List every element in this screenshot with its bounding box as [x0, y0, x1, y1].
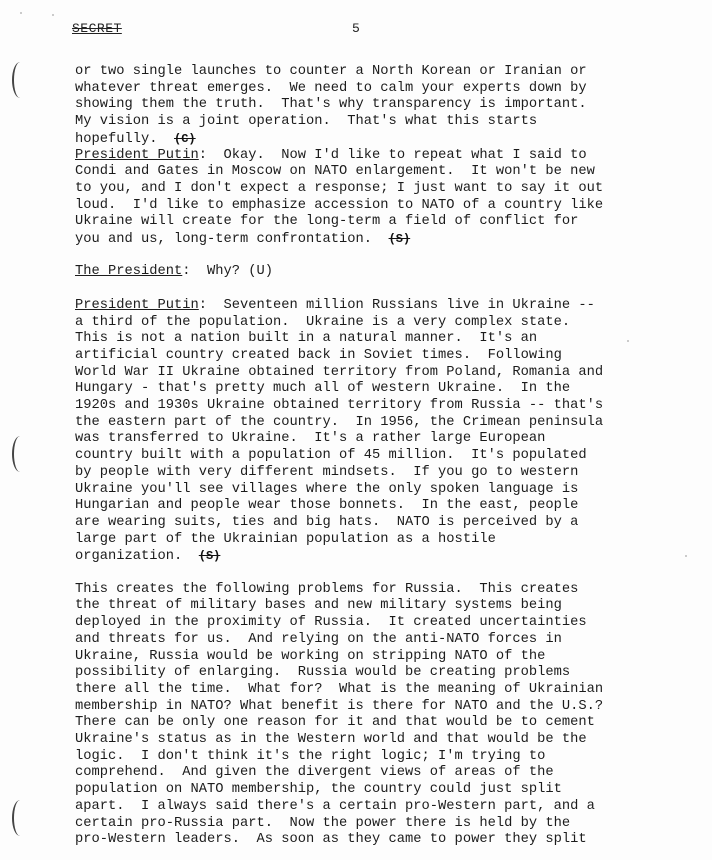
text-segment: : Why? (U) — [182, 264, 273, 279]
text-line: Ukraine, Russia would be working on stri… — [75, 649, 545, 665]
text-segment: membership in NATO? What benefit is ther… — [75, 699, 603, 714]
text-segment: My vision is a joint operation. That's w… — [75, 114, 537, 129]
text-segment: apart. I always said there's a certain p… — [75, 799, 595, 814]
text-segment: organization. — [75, 549, 199, 564]
classification-marking: (S) — [199, 548, 221, 564]
text-segment: a third of the population. Ukraine is a … — [75, 315, 570, 330]
text-line: country built with a population of 45 mi… — [75, 448, 587, 464]
text-segment: artificial country created back in Sovie… — [75, 348, 562, 363]
text-segment: the eastern part of the country. In 1956… — [75, 415, 603, 430]
text-segment: Ukraine's status as in the Western world… — [75, 732, 587, 747]
classification-marking: (C) — [174, 131, 196, 147]
text-segment: comprehend. And given the divergent view… — [75, 765, 554, 780]
text-segment: World War II Ukraine obtained territory … — [75, 365, 603, 380]
text-segment: by people with very different mindsets. … — [75, 465, 578, 480]
text-segment: population on NATO membership, the count… — [75, 782, 562, 797]
text-line: deployed in the proximity of Russia. It … — [75, 615, 587, 631]
text-segment: showing them the truth. That's why trans… — [75, 97, 587, 112]
document-page: SECRET 5 or two single launches to count… — [0, 0, 712, 860]
text-segment: Condi and Gates in Moscow on NATO enlarg… — [75, 164, 595, 179]
text-line: This is not a nation built in a natural … — [75, 331, 537, 347]
text-line: pro-Western leaders. As soon as they cam… — [75, 832, 587, 848]
text-line: 1920s and 1930s Ukraine obtained territo… — [75, 398, 603, 414]
text-line: President Putin: Seventeen million Russi… — [75, 298, 595, 314]
text-segment: or two single launches to counter a Nort… — [75, 64, 587, 79]
text-segment: : Seventeen million Russians live in Ukr… — [199, 298, 595, 313]
speaker-label: President Putin — [75, 148, 199, 163]
classification-marking: (S) — [389, 231, 411, 247]
text-segment: whatever threat emerges. We need to calm… — [75, 81, 587, 96]
text-segment: are wearing suits, ties and big hats. NA… — [75, 515, 578, 530]
text-segment: there all the time. What for? What is th… — [75, 682, 603, 697]
text-segment: Ukraine, Russia would be working on stri… — [75, 649, 545, 664]
text-line: comprehend. And given the divergent view… — [75, 765, 554, 781]
text-line: a third of the population. Ukraine is a … — [75, 315, 570, 331]
text-line: My vision is a joint operation. That's w… — [75, 114, 537, 130]
text-line: loud. I'd like to emphasize accession to… — [75, 198, 603, 214]
page-number: 5 — [352, 21, 360, 36]
text-segment: Hungarian and people wear those bonnets.… — [75, 498, 578, 513]
text-line: the eastern part of the country. In 1956… — [75, 415, 603, 431]
text-line: are wearing suits, ties and big hats. NA… — [75, 515, 578, 531]
text-line: showing them the truth. That's why trans… — [75, 97, 587, 113]
text-line: Ukraine will create for the long-term a … — [75, 214, 578, 230]
text-line: was transferred to Ukraine. It's a rathe… — [75, 431, 545, 447]
text-line: to you, and I don't expect a response; I… — [75, 181, 603, 197]
text-segment: : Okay. Now I'd like to repeat what I sa… — [199, 148, 587, 163]
text-segment: possibility of enlarging. Russia would b… — [75, 665, 570, 680]
text-line: Ukraine you'll see villages where the on… — [75, 482, 578, 498]
text-segment: There can be only one reason for it and … — [75, 715, 595, 730]
text-segment: country built with a population of 45 mi… — [75, 448, 587, 463]
text-line: you and us, long-term confrontation. (S) — [75, 231, 410, 248]
text-line: there all the time. What for? What is th… — [75, 682, 603, 698]
text-line: Hungarian and people wear those bonnets.… — [75, 498, 578, 514]
text-segment: was transferred to Ukraine. It's a rathe… — [75, 431, 545, 446]
text-segment: Hungary - that's pretty much all of west… — [75, 381, 570, 396]
text-line: apart. I always said there's a certain p… — [75, 799, 595, 815]
text-line: President Putin: Okay. Now I'd like to r… — [75, 148, 587, 164]
text-line: This creates the following problems for … — [75, 582, 578, 598]
text-line: by people with very different mindsets. … — [75, 465, 578, 481]
text-line: Ukraine's status as in the Western world… — [75, 732, 587, 748]
text-segment: deployed in the proximity of Russia. It … — [75, 615, 587, 630]
text-segment: you and us, long-term confrontation. — [75, 232, 389, 247]
text-line: or two single launches to counter a Nort… — [75, 64, 587, 80]
text-line: organization. (S) — [75, 548, 220, 565]
text-line: population on NATO membership, the count… — [75, 782, 562, 798]
text-line: Condi and Gates in Moscow on NATO enlarg… — [75, 164, 595, 180]
text-segment: to you, and I don't expect a response; I… — [75, 181, 603, 196]
text-line: possibility of enlarging. Russia would b… — [75, 665, 570, 681]
text-line: whatever threat emerges. We need to calm… — [75, 81, 587, 97]
text-segment: Ukraine you'll see villages where the on… — [75, 482, 578, 497]
text-line: large part of the Ukrainian population a… — [75, 532, 496, 548]
text-segment: This is not a nation built in a natural … — [75, 331, 537, 346]
text-line: the threat of military bases and new mil… — [75, 598, 562, 614]
text-line: certain pro-Russia part. Now the power t… — [75, 816, 570, 832]
text-segment: logic. I don't think it's the right logi… — [75, 749, 545, 764]
text-line: membership in NATO? What benefit is ther… — [75, 699, 603, 715]
text-line: There can be only one reason for it and … — [75, 715, 595, 731]
text-segment: Ukraine will create for the long-term a … — [75, 214, 578, 229]
text-line: logic. I don't think it's the right logi… — [75, 749, 545, 765]
text-segment: and threats for us. And relying on the a… — [75, 632, 562, 647]
text-segment: This creates the following problems for … — [75, 582, 578, 597]
classification-header: SECRET — [72, 21, 122, 36]
text-segment: pro-Western leaders. As soon as they cam… — [75, 832, 587, 847]
text-line: hopefully. (C) — [75, 131, 196, 148]
text-line: and threats for us. And relying on the a… — [75, 632, 562, 648]
margin-bracket-mark — [12, 800, 28, 836]
margin-bracket-mark — [12, 62, 28, 98]
margin-bracket-mark — [12, 436, 28, 472]
speaker-label: President Putin — [75, 298, 199, 313]
text-segment: hopefully. — [75, 132, 174, 147]
text-segment: large part of the Ukrainian population a… — [75, 532, 496, 547]
text-line: World War II Ukraine obtained territory … — [75, 365, 603, 381]
text-segment: the threat of military bases and new mil… — [75, 598, 562, 613]
text-segment: certain pro-Russia part. Now the power t… — [75, 816, 570, 831]
text-line: The President: Why? (U) — [75, 264, 273, 280]
speaker-label: The President — [75, 264, 182, 279]
text-line: Hungary - that's pretty much all of west… — [75, 381, 570, 397]
text-segment: loud. I'd like to emphasize accession to… — [75, 198, 603, 213]
text-line: artificial country created back in Sovie… — [75, 348, 562, 364]
text-segment: 1920s and 1930s Ukraine obtained territo… — [75, 398, 603, 413]
